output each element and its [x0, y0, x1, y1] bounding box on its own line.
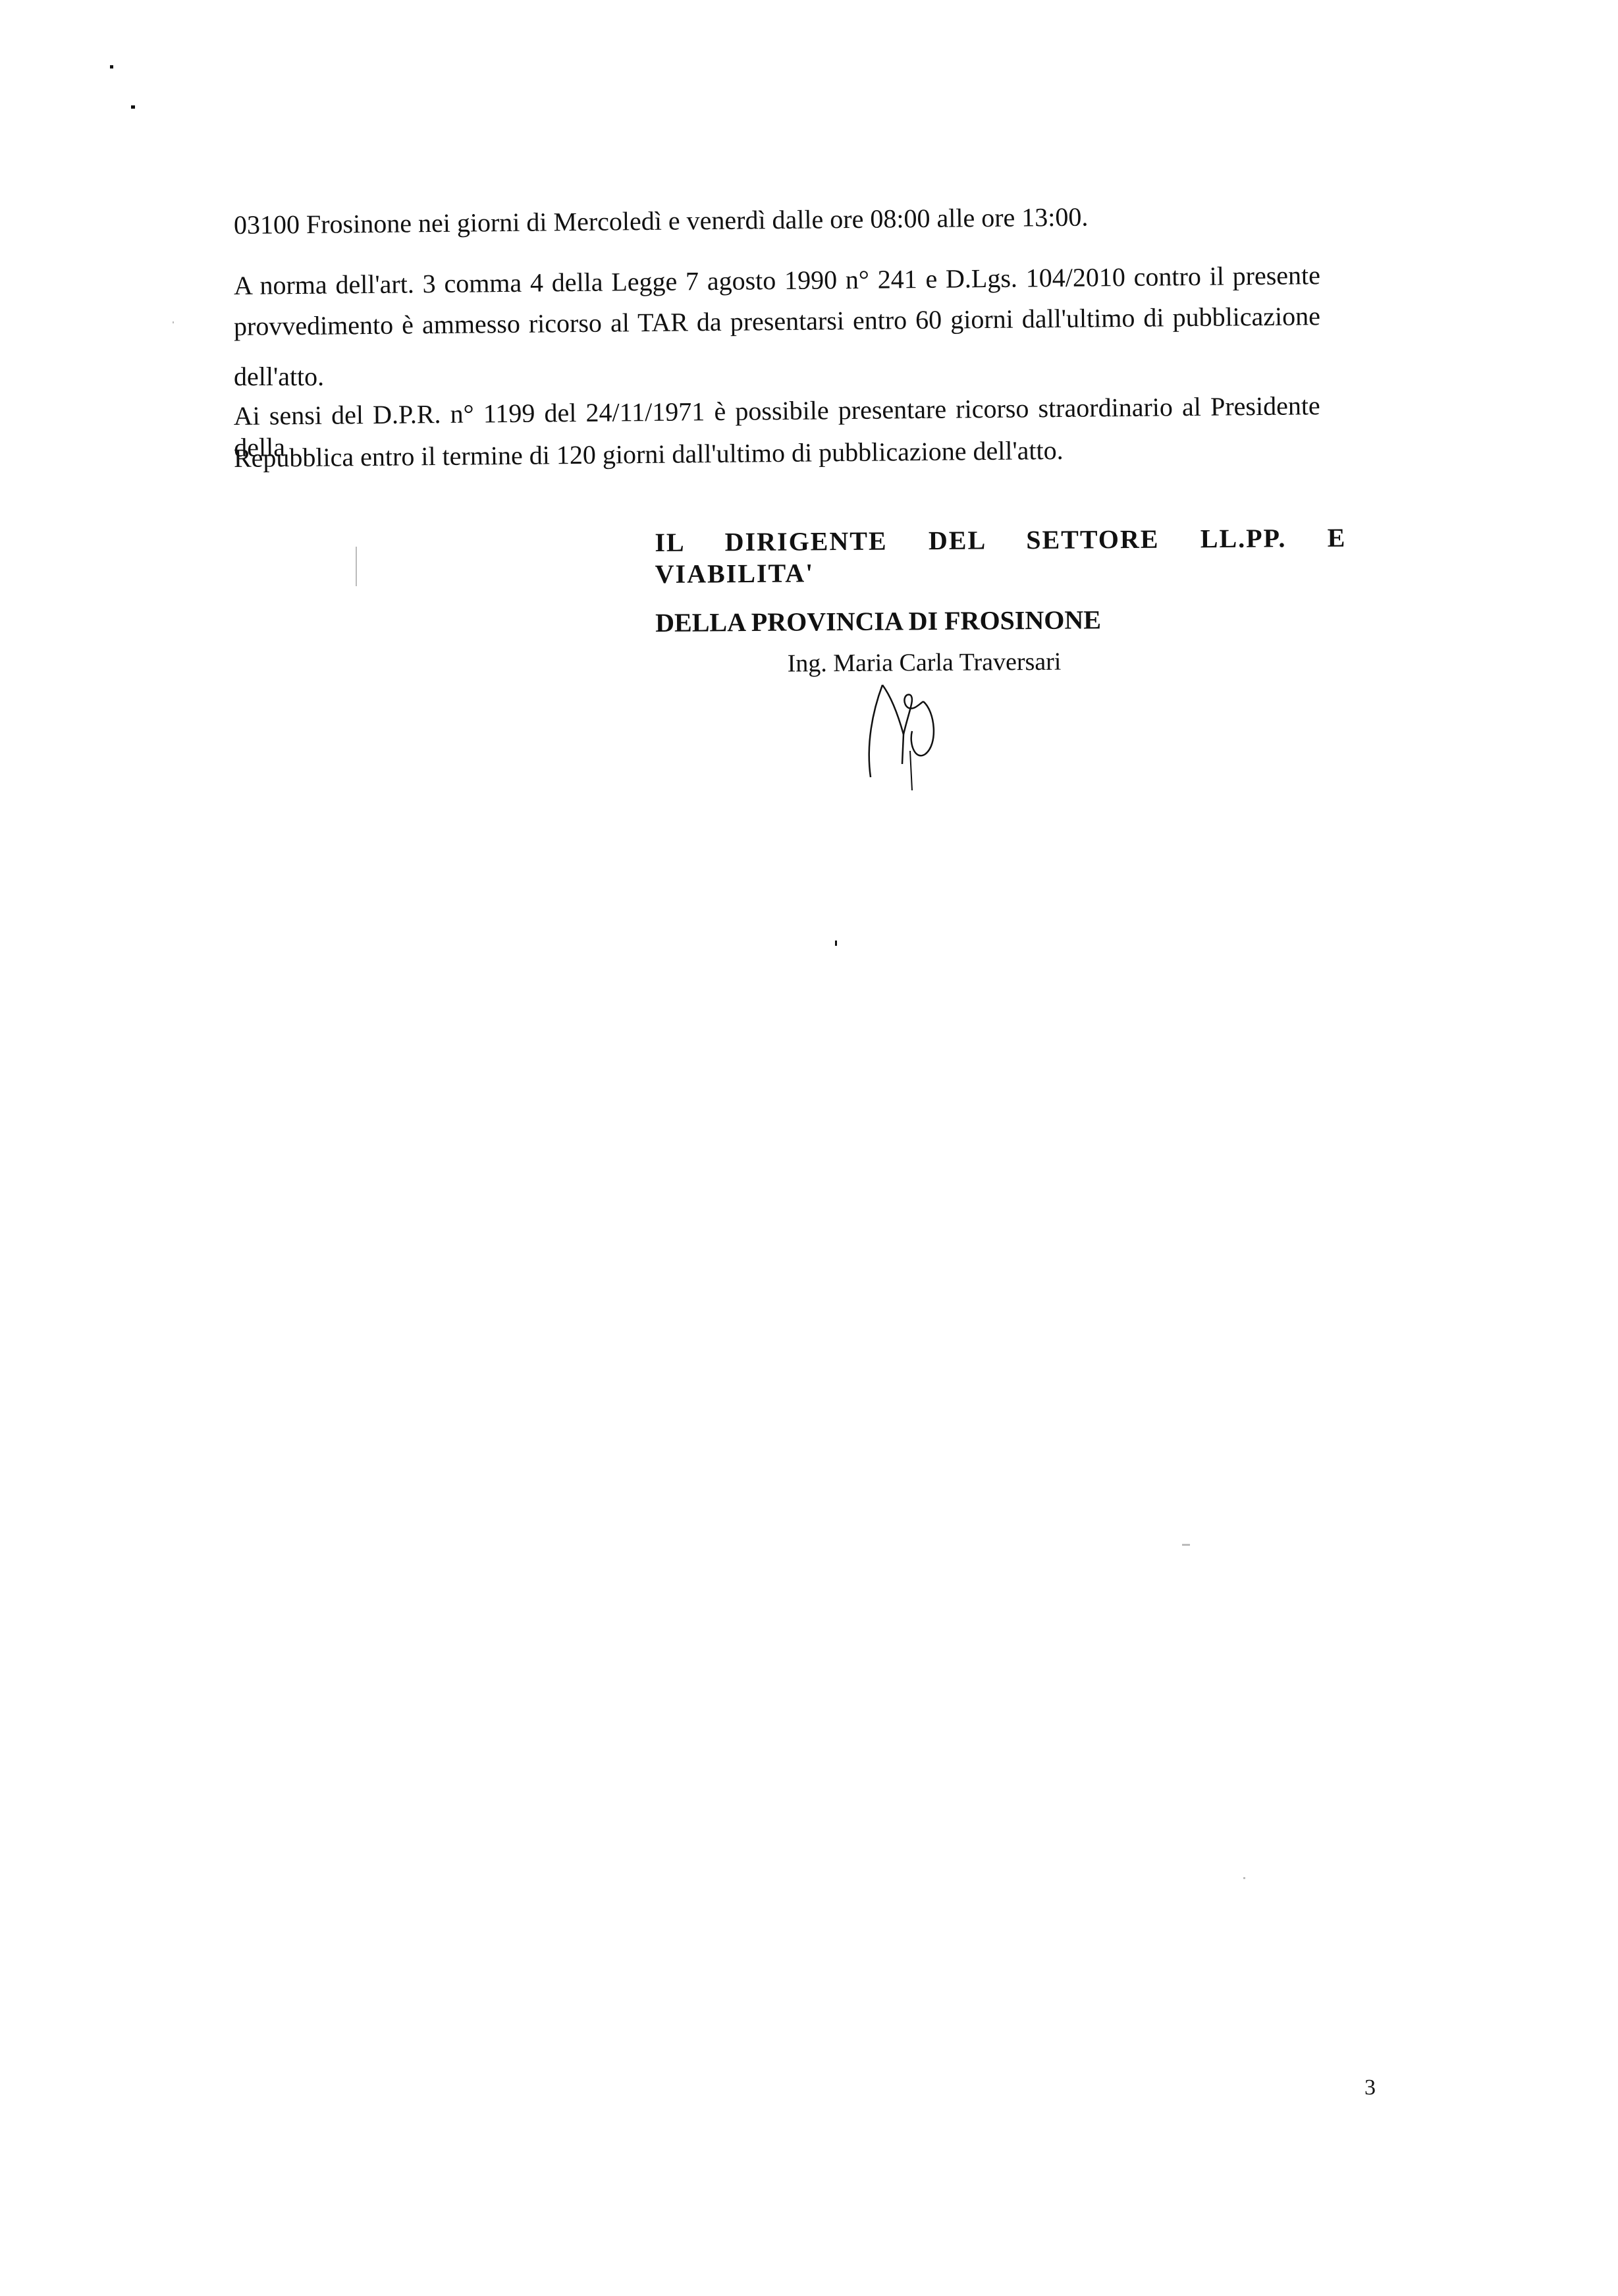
scan-speck [1243, 1877, 1245, 1879]
signatory-organization: DELLA PROVINCIA DI FROSINONE [655, 603, 1347, 639]
body-line-2: A norma dell'art. 3 comma 4 della Legge … [234, 260, 1320, 302]
scan-speck [1182, 1544, 1190, 1546]
scan-speck [173, 321, 174, 323]
body-line-3: provvedimento è ammesso ricorso al TAR d… [234, 300, 1320, 342]
signature-block: IL DIRIGENTE DEL SETTORE LL.PP. E VIABIL… [655, 522, 1347, 680]
page-number: 3 [1364, 2075, 1376, 2101]
scan-speck [110, 65, 113, 68]
signatory-title: IL DIRIGENTE DEL SETTORE LL.PP. E VIABIL… [655, 522, 1347, 590]
scan-speck [356, 547, 357, 586]
scan-speck [131, 105, 135, 109]
handwritten-signature-icon [863, 672, 968, 790]
scan-speck [835, 941, 837, 946]
body-line-4: dell'atto. [234, 361, 1320, 393]
body-line-1: 03100 Frosinone nei giorni di Mercoledì … [234, 199, 1320, 241]
document-page: 03100 Frosinone nei giorni di Mercoledì … [0, 0, 1618, 2296]
